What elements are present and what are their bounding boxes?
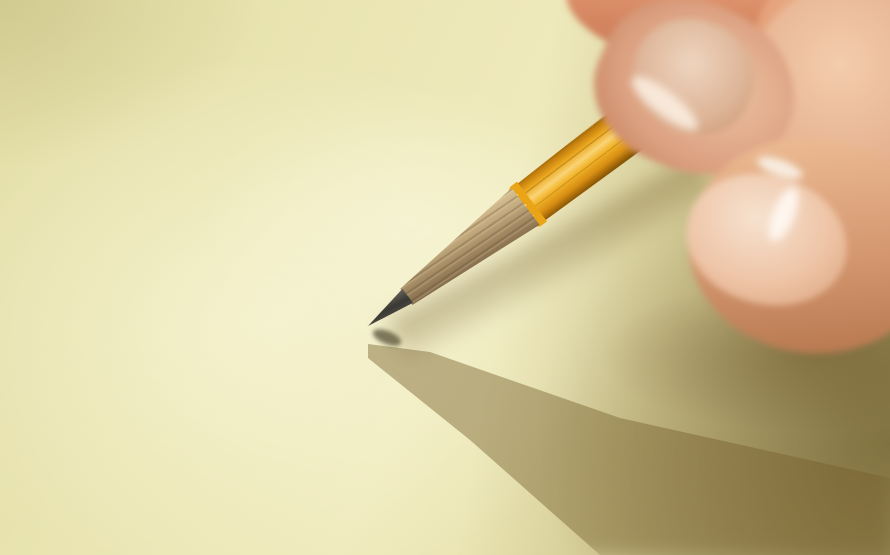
fingernail-highlight: [755, 152, 806, 183]
index-finger-knuckle: [558, 0, 882, 96]
photo-scene: [0, 0, 890, 555]
finger-knuckle: [746, 0, 890, 113]
lower-fingertip: [677, 126, 890, 366]
middle-finger: [717, 0, 890, 266]
